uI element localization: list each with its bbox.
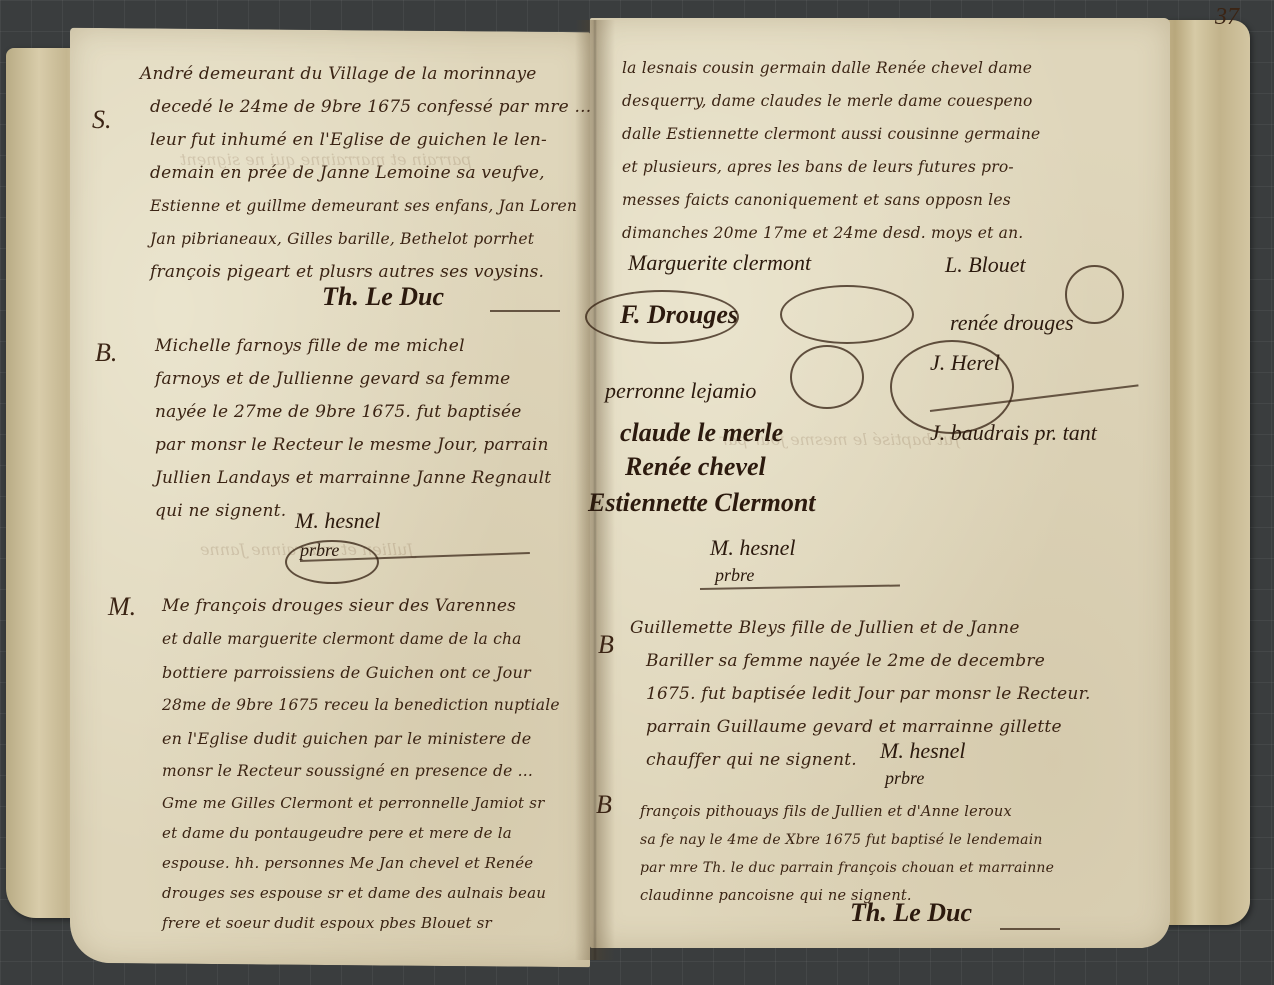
entry-line: et plusieurs, apres les bans de leurs fu… [622,151,1040,184]
entry-line: espouse. hh. personnes Me Jan chevel et … [162,848,560,878]
margin-mark-baptism: B [596,790,612,820]
witness-signature: Estiennette Clermont [588,488,816,518]
signature-underline [1000,928,1060,930]
rector-title: prbre [885,768,924,789]
entry-line: françois pithouays fils de Jullien et d'… [640,798,1054,826]
priest-signature: Th. Le Duc [850,898,972,928]
entry-line: parrain Guillaume gevard et marrainne gi… [630,711,1091,744]
entry-line: Michelle farnoys fille de me michel [155,330,551,363]
entry-line: claudinne pancoisne qui ne signent. [640,882,1054,910]
rector-signature: M. hesnel [295,508,381,534]
signature-flourish [585,290,739,344]
burial-entry: André demeurant du Village de la morinna… [140,58,591,289]
rector-title: prbre [715,565,754,586]
margin-mark-baptism: B [598,630,614,660]
entry-line: Guillemette Bleys fille de Jullien et de… [630,612,1091,645]
entry-line: et dalle marguerite clermont dame de la … [162,623,560,656]
witness-signature: claude le merle [620,418,783,448]
entry-line: monsr le Recteur soussigné en presence d… [162,755,560,788]
witness-signature: J. baudrais pr. tant [930,420,1097,446]
entry-line: bottiere parroissiens de Guichen ont ce … [162,656,560,689]
witness-signature: Renée chevel [625,452,766,482]
marriage-entry: Me françois drouges sieur des Varennes e… [162,590,560,938]
entry-line: dimanches 20me 17me et 24me desd. moys e… [622,217,1040,250]
priest-signature: Th. Le Duc [322,282,444,312]
entry-line: sa fe nay le 4me de Xbre 1675 fut baptis… [640,826,1054,854]
entry-line: leur fut inhumé en l'Eglise de guichen l… [140,124,591,157]
entry-line: decedé le 24me de 9bre 1675 confessé par… [140,91,591,124]
entry-line: frere et soeur dudit espoux pbes Blouet … [162,908,560,938]
entry-line: 28me de 9bre 1675 receu la benediction n… [162,689,560,722]
baptism-entry: françois pithouays fils de Jullien et d'… [640,798,1054,910]
entry-line: Jullien Landays et marrainne Janne Regna… [155,462,551,495]
entry-line: Gme me Gilles Clermont et perronnelle Ja… [162,788,560,818]
margin-mark-baptism: B. [95,338,117,368]
signature-flourish [1065,265,1124,324]
marriage-entry-continuation: la lesnais cousin germain dalle Renée ch… [622,52,1040,250]
signature-flourish [780,285,914,344]
entry-line: Jan pibrianeaux, Gilles barille, Bethelo… [140,223,591,256]
folio-number: 37 [1215,4,1239,31]
entry-line: par monsr le Recteur le mesme Jour, parr… [155,429,551,462]
entry-line: Estienne et guillme demeurant ses enfans… [140,190,591,223]
signature-underline [490,310,560,312]
baptism-entry: Guillemette Bleys fille de Jullien et de… [630,612,1091,777]
rector-signature: M. hesnel [880,738,966,764]
entry-line: par mre Th. le duc parrain françois chou… [640,854,1054,882]
margin-mark-sepulture: S. [92,105,112,135]
entry-line: messes faicts canoniquement et sans oppo… [622,184,1040,217]
witness-signature: L. Blouet [945,252,1026,278]
entry-line: nayée le 27me de 9bre 1675. fut baptisée [155,396,551,429]
witness-signature: renée drouges [950,310,1074,336]
baptism-entry: Michelle farnoys fille de me michel farn… [155,330,551,528]
open-register-book: 37 parrain et marrainne qui ne signent f… [0,0,1274,985]
entry-line: chauffer qui ne signent. [630,744,1091,777]
entry-line: André demeurant du Village de la morinna… [140,58,591,91]
entry-line: drouges ses espouse sr et dame des aulna… [162,878,560,908]
entry-line: dalle Estiennette clermont aussi cousinn… [622,118,1040,151]
entry-line: 1675. fut baptisée ledit Jour par monsr … [630,678,1091,711]
entry-line: farnoys et de Jullienne gevard sa femme [155,363,551,396]
margin-mark-marriage: M. [108,592,136,622]
entry-line: en l'Eglise dudit guichen par le ministe… [162,722,560,755]
witness-signature: Marguerite clermont [628,250,811,276]
entry-line: et dame du pontaugeudre pere et mere de … [162,818,560,848]
entry-line: la lesnais cousin germain dalle Renée ch… [622,52,1040,85]
entry-line: desquerry, dame claudes le merle dame co… [622,85,1040,118]
entry-line: demain en prée de Janne Lemoine sa veufv… [140,157,591,190]
witness-signature: perronne lejamio [605,378,756,404]
signature-flourish [790,345,864,409]
entry-line: Bariller sa femme nayée le 2me de decemb… [630,645,1091,678]
rector-signature: M. hesnel [710,535,796,561]
entry-line: Me françois drouges sieur des Varennes [162,590,560,623]
